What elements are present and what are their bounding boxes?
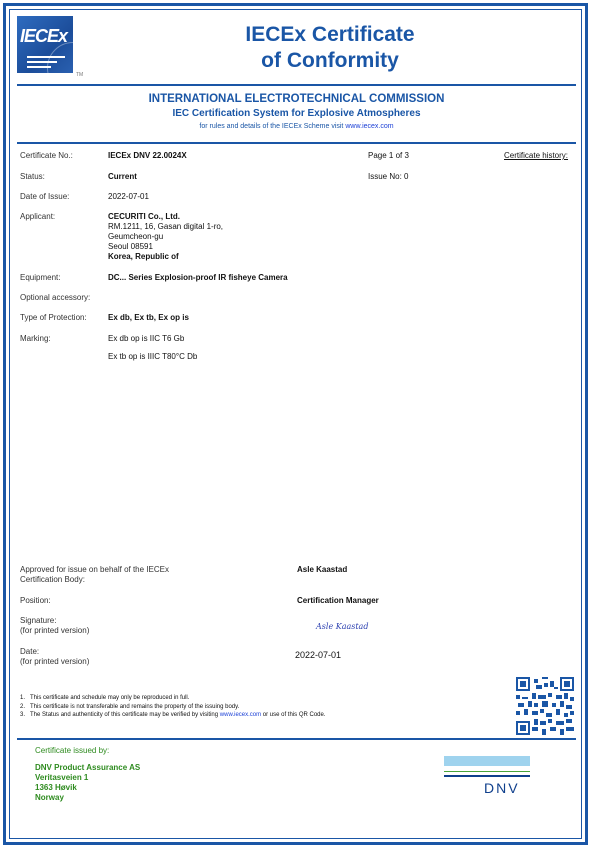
dnv-logo-bar-sky (444, 756, 530, 766)
page-title: IECEx Certificate of Conformity (180, 22, 480, 74)
status-label: Status: (20, 172, 45, 182)
certificate-history-link[interactable]: Certificate history: (504, 151, 568, 160)
equipment-value: DC... Series Explosion-proof IR fisheye … (108, 273, 288, 283)
equipment-label: Equipment: (20, 273, 60, 283)
issuer-country: Norway (35, 793, 140, 803)
signature-label: Signature: (for printed version) (20, 616, 89, 636)
applicant-address-1: RM.1211, 16, Gasan digital 1-ro, (108, 222, 223, 232)
applicant-address-2: Geumcheon-gu (108, 232, 223, 242)
issuer-street: Veritasveien 1 (35, 773, 140, 783)
marking-label: Marking: (20, 334, 51, 344)
type-of-protection-label: Type of Protection: (20, 313, 87, 323)
position-label: Position: (20, 596, 51, 606)
approver-name: Asle Kaastad (297, 565, 347, 575)
position-value: Certification Manager (297, 596, 379, 606)
status-value: Current (108, 172, 137, 182)
approval-date: 2022-07-01 (295, 650, 341, 660)
applicant-country: Korea, Republic of (108, 252, 223, 262)
dnv-logo-bar-green (444, 771, 530, 772)
applicant-block: CECURITI Co., Ltd. RM.1211, 16, Gasan di… (108, 212, 223, 262)
issuer-label: Certificate issued by: (35, 746, 109, 755)
applicant-label: Applicant: (20, 212, 55, 222)
issue-no: Issue No: 0 (368, 172, 408, 182)
rules-line: for rules and details of the IECEx Schem… (0, 123, 593, 130)
page-indicator: Page 1 of 3 (368, 151, 409, 161)
note-2: 2. This certificate is not transferable … (20, 703, 326, 712)
org-name: INTERNATIONAL ELECTROTECHNICAL COMMISSIO… (0, 93, 593, 105)
issuer-name: DNV Product Assurance AS (35, 763, 140, 773)
date-of-issue: 2022-07-01 (108, 192, 149, 202)
marking-1: Ex db op is IIC T6 Gb (108, 334, 184, 344)
approved-label: Approved for issue on behalf of the IECE… (20, 565, 169, 585)
applicant-address-3: Seoul 08591 (108, 242, 223, 252)
section-divider (17, 142, 576, 144)
logo-text: IECEx (20, 26, 67, 47)
applicant-name: CECURITI Co., Ltd. (108, 212, 223, 222)
optional-accessory-label: Optional accessory: (20, 293, 90, 303)
date-label: Date: (for printed version) (20, 647, 89, 667)
header-divider (17, 84, 576, 86)
verify-link[interactable]: www.iecex.com (220, 712, 261, 718)
certificate-no: IECEx DNV 22.0024X (108, 151, 187, 161)
date-of-issue-label: Date of Issue: (20, 192, 69, 202)
certificate-no-label: Certificate No.: (20, 151, 73, 161)
footer-divider (17, 738, 576, 740)
dnv-logo-bar-navy (444, 775, 530, 777)
note-1: 1. This certificate and schedule may onl… (20, 694, 326, 703)
qr-code[interactable] (516, 677, 574, 735)
iecex-link[interactable]: www.iecex.com (345, 123, 393, 130)
note-3: 3. The Status and authenticity of this c… (20, 711, 326, 720)
issuer-block: DNV Product Assurance AS Veritasveien 1 … (35, 763, 140, 803)
type-of-protection: Ex db, Ex tb, Ex op is (108, 313, 189, 323)
marking-2: Ex tb op is IIIC T80°C Db (108, 352, 197, 362)
notes-list: 1. This certificate and schedule may onl… (20, 694, 326, 720)
issuer-city: 1363 Høvik (35, 783, 140, 793)
dnv-logo: DNV (484, 780, 520, 796)
system-name: IEC Certification System for Explosive A… (0, 108, 593, 119)
iecex-logo: IECEx (17, 16, 73, 73)
signature-image: Asle Kaastad (316, 622, 368, 631)
trademark-mark: TM (76, 72, 83, 78)
